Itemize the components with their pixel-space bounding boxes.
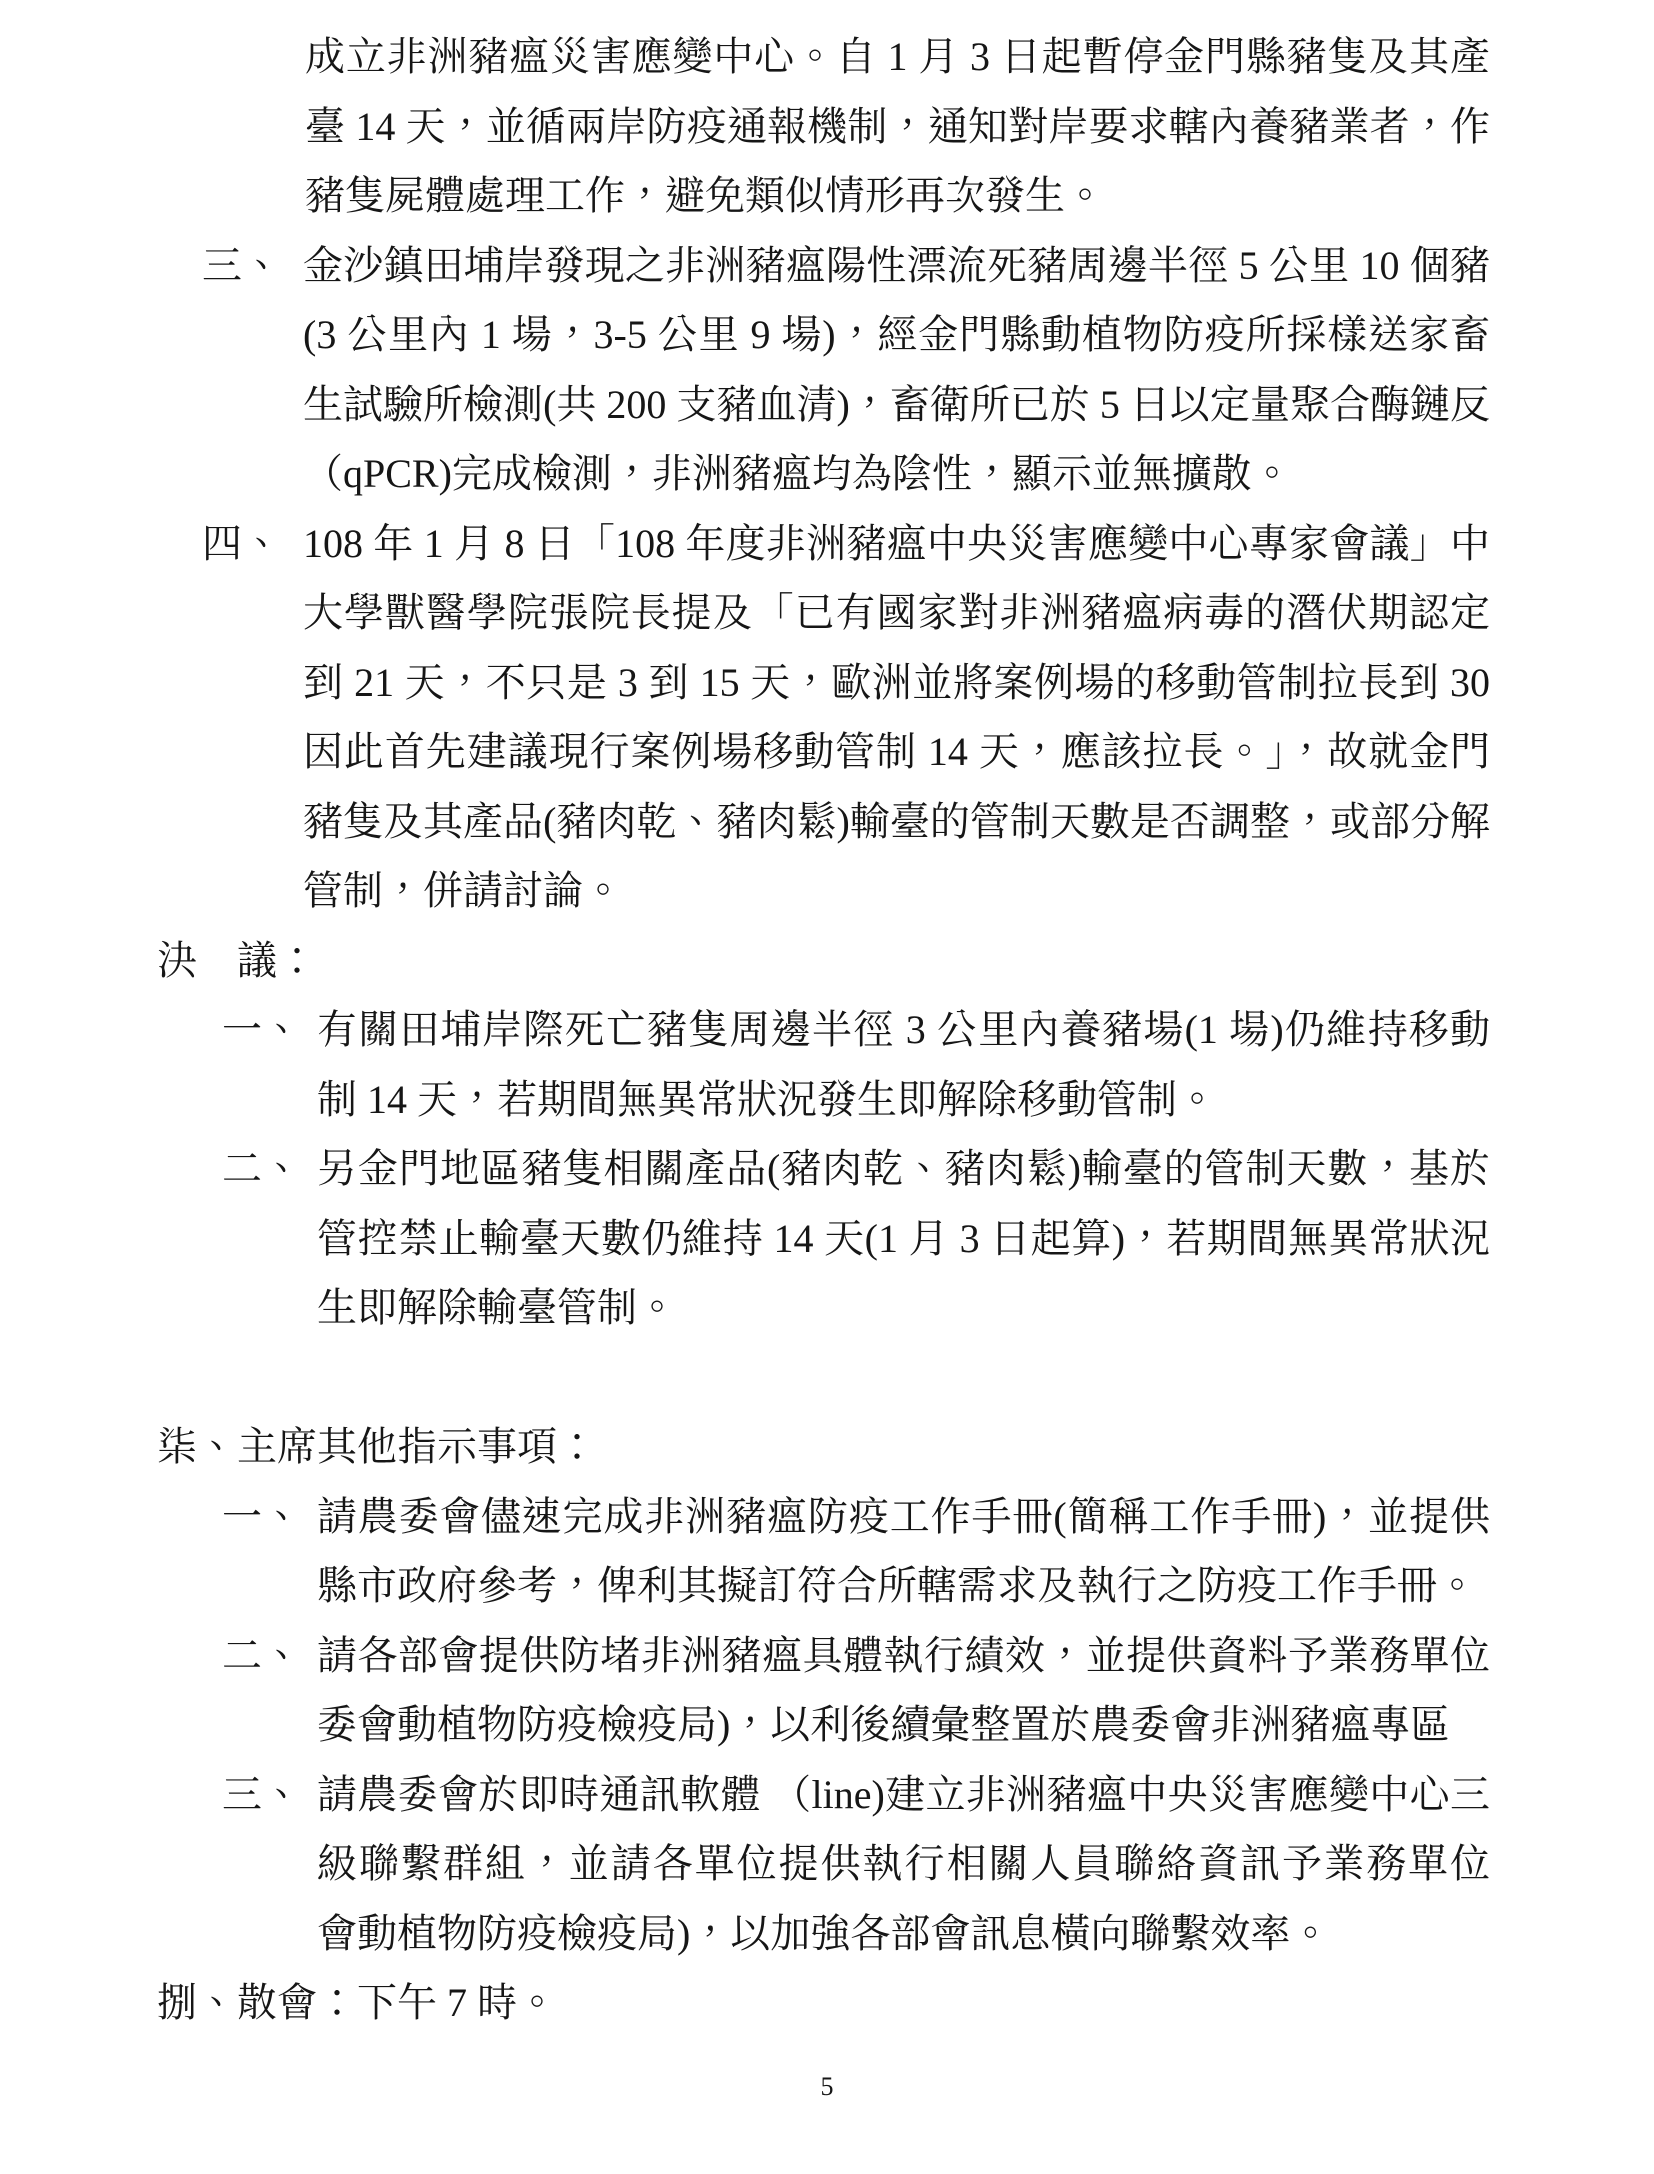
page-footer: 5	[0, 2072, 1654, 2102]
text-line: 到 21 天，不只是 3 到 15 天，歐洲並將案例場的移動管制拉長到 30 天…	[303, 648, 1490, 718]
chair-item-2: 二、請各部會提供防堵非洲豬瘟具體執行績效，並提供資料予業務單位(農委會動植物防疫…	[317, 1621, 1490, 1760]
text-line: 因此首先建議現行案例場移動管制 14 天，應該拉長。」，故就金門地區	[303, 717, 1490, 787]
report-item-3: 三、金沙鎮田埔岸發現之非洲豬瘟陽性漂流死豬周邊半徑 5 公里 10 個豬場(3 …	[303, 231, 1490, 509]
document-page: { "document": { "blocks": [ { "type": "p…	[0, 0, 1654, 2174]
list-marker: 三、	[202, 231, 282, 301]
text-line: 請農委會儘速完成非洲豬瘟防疫工作手冊(簡稱工作手冊)，並提供各	[317, 1482, 1490, 1552]
text-line: 管制，併請討論。	[303, 856, 1490, 926]
resolution-item-2: 二、另金門地區豬隻相關產品(豬肉乾、豬肉鬆)輸臺的管制天數，基於風險管控禁止輸臺…	[317, 1134, 1490, 1343]
text-line: 級聯繫群組，並請各單位提供執行相關人員聯絡資訊予業務單位(農委	[317, 1829, 1490, 1899]
text-line: 另金門地區豬隻相關產品(豬肉乾、豬肉鬆)輸臺的管制天數，基於風險	[317, 1134, 1490, 1204]
blank-line	[0, 1343, 1654, 1413]
text-line: 捌、散會：下午 7 時。	[157, 1968, 1534, 2038]
text-line: 生即解除輸臺管制。	[317, 1273, 1490, 1343]
list-marker: 一、	[222, 995, 302, 1065]
chair-item-1: 一、請農委會儘速完成非洲豬瘟防疫工作手冊(簡稱工作手冊)，並提供各縣市政府參考，…	[317, 1482, 1490, 1621]
resolution-item-1: 一、有關田埔岸際死亡豬隻周邊半徑 3 公里內養豬場(1 場)仍維持移動管制 14…	[317, 995, 1490, 1134]
text-line: 成立非洲豬瘟災害應變中心。自 1 月 3 日起暫停金門縣豬隻及其產品輸	[305, 22, 1490, 92]
text-line: 豬隻及其產品(豬肉乾、豬肉鬆)輸臺的管制天數是否調整，或部分解除	[303, 787, 1490, 857]
text-line: 縣市政府參考，俾利其擬訂符合所轄需求及執行之防疫工作手冊。	[317, 1551, 1490, 1621]
list-marker: 一、	[222, 1482, 302, 1552]
section-8-adjournment: 捌、散會：下午 7 時。	[157, 1968, 1534, 2038]
text-line: (3 公里內 1 場，3-5 公里 9 場)，經金門縣動植物防疫所採樣送家畜衛	[303, 300, 1490, 370]
text-line: 生試驗所檢測(共 200 支豬血清)，畜衛所已於 5 日以定量聚合酶鏈反應	[303, 370, 1490, 440]
text-line: 金沙鎮田埔岸發現之非洲豬瘟陽性漂流死豬周邊半徑 5 公里 10 個豬場	[303, 231, 1490, 301]
list-marker: 四、	[202, 509, 282, 579]
text-line: 委會動植物防疫檢疫局)，以利後續彙整置於農委會非洲豬瘟專區網站。	[317, 1690, 1490, 1760]
chair-item-3: 三、請農委會於即時通訊軟體 （line)建立非洲豬瘟中央災害應變中心三級聯繫群組…	[317, 1760, 1490, 1969]
text-line: 大學獸醫學院張院長提及「已有國家對非洲豬瘟病毒的潛伏期認定是 3	[303, 578, 1490, 648]
text-line: 柒、主席其他指示事項：	[157, 1412, 1534, 1482]
text-line: 請各部會提供防堵非洲豬瘟具體執行績效，並提供資料予業務單位(農	[317, 1621, 1490, 1691]
text-line: （qPCR)完成檢測，非洲豬瘟均為陰性，顯示並無擴散。	[303, 439, 1490, 509]
list-marker: 三、	[222, 1760, 302, 1830]
text-line: 管控禁止輸臺天數仍維持 14 天(1 月 3 日起算)，若期間無異常狀況發	[317, 1204, 1490, 1274]
carryover-paragraph: 成立非洲豬瘟災害應變中心。自 1 月 3 日起暫停金門縣豬隻及其產品輸臺 14 …	[305, 22, 1490, 231]
text-line: 決 議：	[157, 926, 1534, 996]
text-line: 制 14 天，若期間無異常狀況發生即解除移動管制。	[317, 1065, 1490, 1135]
text-line: 臺 14 天，並循兩岸防疫通報機制，通知對岸要求轄內養豬業者，作好	[305, 92, 1490, 162]
text-line: 豬隻屍體處理工作，避免類似情形再次發生。	[305, 161, 1490, 231]
text-line: 請農委會於即時通訊軟體 （line)建立非洲豬瘟中央災害應變中心三	[317, 1760, 1490, 1830]
list-marker: 二、	[222, 1621, 302, 1691]
page-number: 5	[821, 2072, 834, 2101]
report-item-4: 四、108 年 1 月 8 日「108 年度非洲豬瘟中央災害應變中心專家會議」中…	[303, 509, 1490, 926]
document-body: 成立非洲豬瘟災害應變中心。自 1 月 3 日起暫停金門縣豬隻及其產品輸臺 14 …	[0, 22, 1654, 2038]
list-marker: 二、	[222, 1134, 302, 1204]
resolution-heading: 決 議：	[157, 926, 1534, 996]
section-7-chair-instructions: 柒、主席其他指示事項：	[157, 1412, 1534, 1482]
text-line: 有關田埔岸際死亡豬隻周邊半徑 3 公里內養豬場(1 場)仍維持移動管	[317, 995, 1490, 1065]
text-line: 會動植物防疫檢疫局)，以加強各部會訊息橫向聯繫效率。	[317, 1899, 1490, 1969]
text-line: 108 年 1 月 8 日「108 年度非洲豬瘟中央災害應變中心專家會議」中興	[303, 509, 1490, 579]
